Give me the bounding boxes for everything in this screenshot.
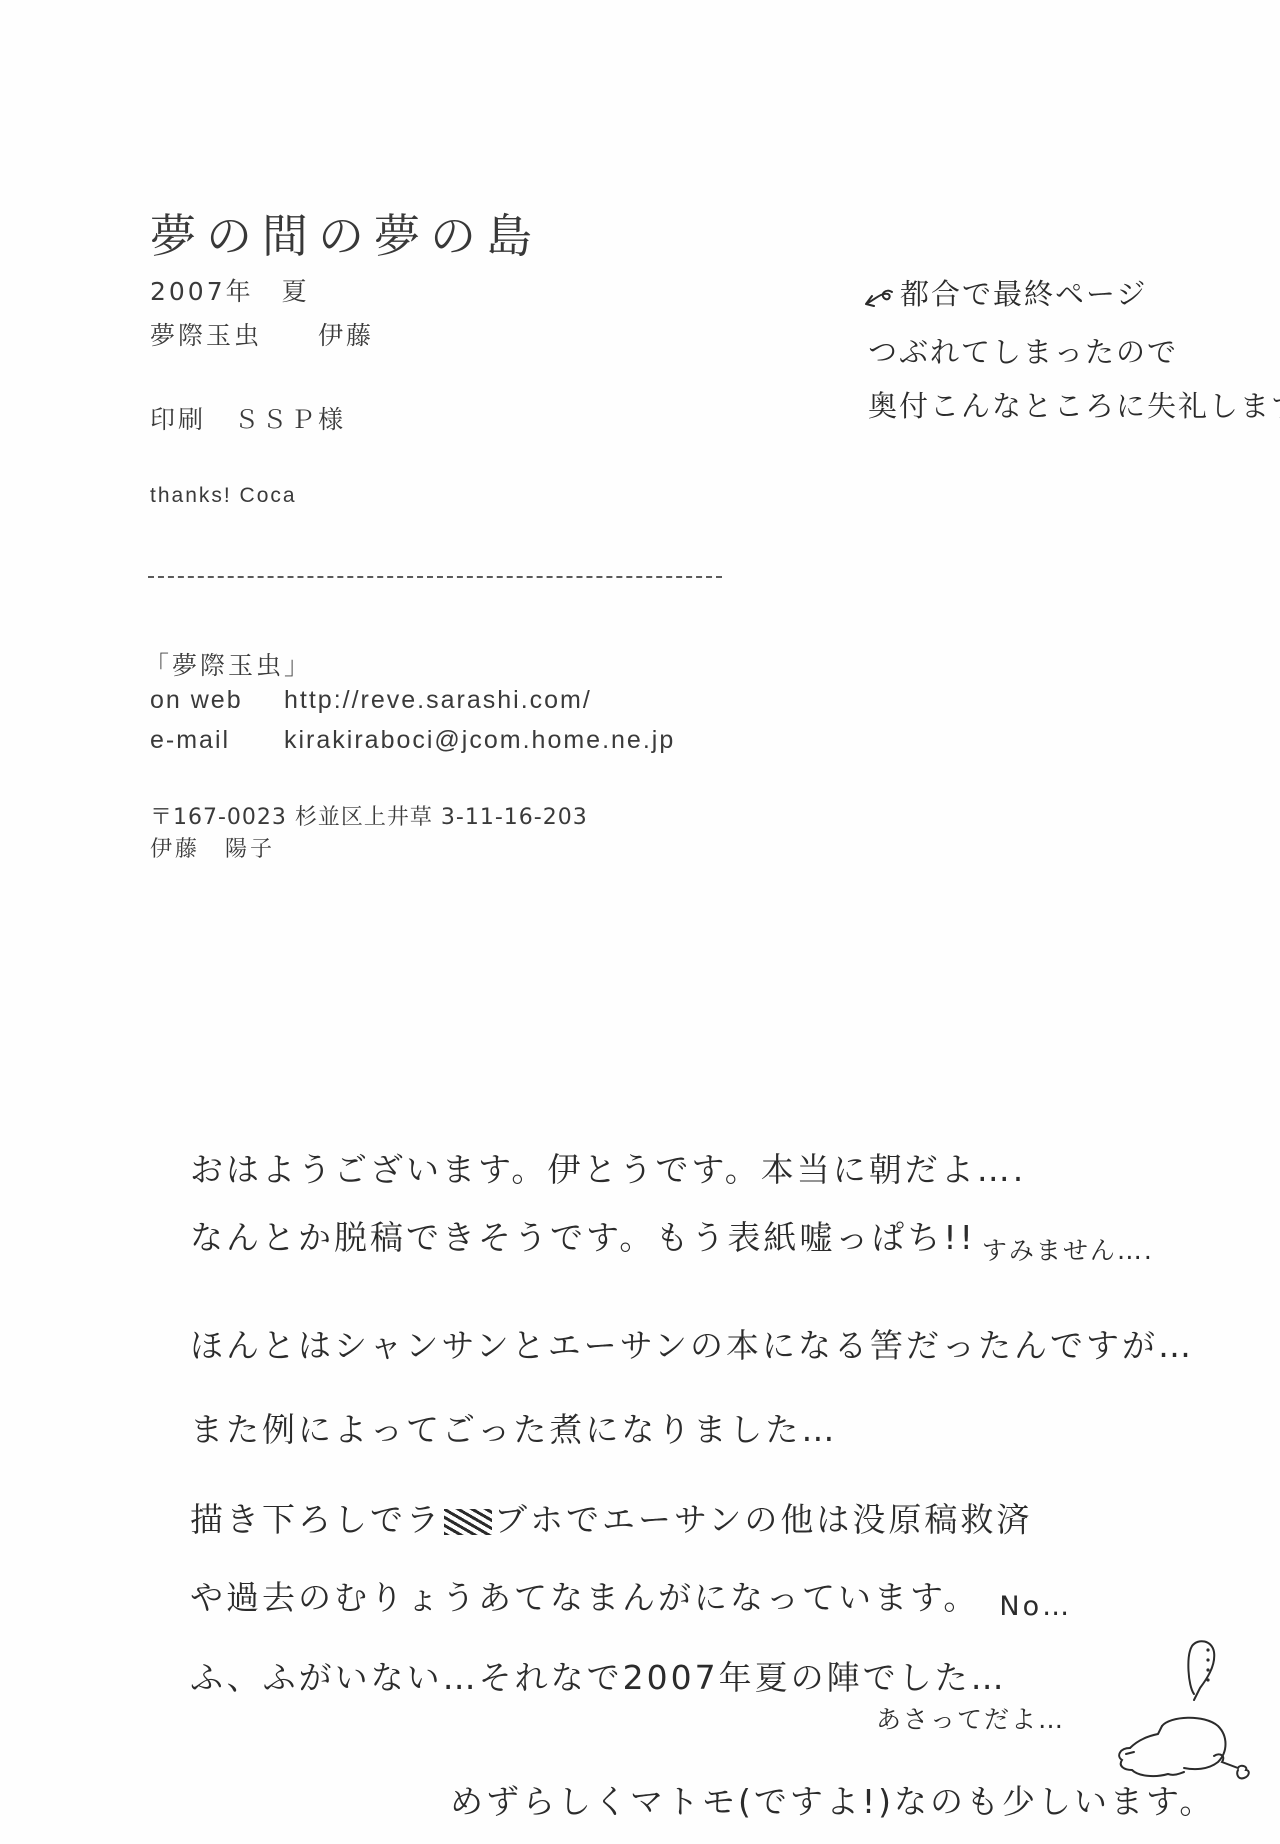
message-line-2-apology: すみません…. bbox=[982, 1236, 1154, 1265]
email-row: e-mailkirakiraboci@jcom.home.ne.jp bbox=[150, 726, 675, 755]
message-line-4: また例によってごった煮になりました… bbox=[190, 1404, 837, 1451]
postal-address: 〒167-0023 杉並区上井草 3-11-16-203 bbox=[150, 800, 588, 831]
crossed-out-scribble bbox=[444, 1509, 492, 1535]
message-line-2: なんとか脱稿できそうです。もう表紙嘘っぱち!!すみません…. bbox=[190, 1212, 1154, 1259]
web-url-link[interactable]: http://reve.sarashi.com/ bbox=[284, 686, 592, 714]
message-line-7: ふ、ふがいない…それなで2007年夏の陣でした… bbox=[190, 1652, 1007, 1699]
ellipsis-speech-bubble-icon bbox=[1188, 1641, 1214, 1700]
message-line-6-aside: No… bbox=[999, 1591, 1072, 1622]
web-row: on webhttp://reve.sarashi.com/ bbox=[150, 686, 592, 715]
book-title: 夢の間の夢の島 bbox=[150, 200, 542, 266]
message-line-8: あさってだよ… bbox=[876, 1700, 1065, 1736]
web-label: on web bbox=[150, 686, 284, 715]
colophon-page: 夢の間の夢の島 2007年 夏 夢際玉虫 伊藤 印刷 ＳＳＰ様 thanks! … bbox=[0, 0, 1280, 1844]
message-line-2-main: なんとか脱稿できそうです。もう表紙嘘っぱち!! bbox=[190, 1218, 976, 1257]
thanks-line: thanks! Coca bbox=[150, 484, 297, 508]
email-link[interactable]: kirakiraboci@jcom.home.ne.jp bbox=[284, 726, 675, 754]
dashed-divider bbox=[148, 576, 722, 578]
message-line-9: めずらしくマトモ(ですよ!)なのも少しいます。 bbox=[450, 1776, 1215, 1823]
message-line-6: や過去のむりょうあてなまんがになっています。No… bbox=[190, 1572, 1072, 1619]
curly-arrow-icon bbox=[862, 284, 898, 310]
message-line-3: ほんとはシャンサンとエーサンの本になる筈だったんですが… bbox=[190, 1320, 1194, 1367]
contact-person: 伊藤 陽子 bbox=[150, 832, 275, 863]
side-note-line-3: 奥付こんなところに失礼します。 bbox=[868, 384, 1280, 425]
message-line-5-after: ブホでエーサンの他は没原稿救済 bbox=[494, 1500, 1032, 1539]
message-line-1: おはようございます。伊とうです。本当に朝だよ…. bbox=[190, 1144, 1026, 1191]
email-label: e-mail bbox=[150, 726, 284, 755]
message-line-5-before: 描き下ろしでラ bbox=[190, 1500, 442, 1539]
sleeping-creature-icon bbox=[1108, 1636, 1280, 1796]
side-note-line-2: つぶれてしまったので bbox=[868, 330, 1178, 371]
circle-name: 「夢際玉虫」 bbox=[144, 646, 312, 682]
message-line-5: 描き下ろしでラブホでエーサンの他は没原稿救済 bbox=[190, 1494, 1032, 1541]
author-credit: 夢際玉虫 伊藤 bbox=[150, 316, 374, 352]
publication-date: 2007年 夏 bbox=[150, 272, 310, 308]
side-note-line-1: 都合で最終ページ bbox=[900, 272, 1147, 313]
message-line-6-main: や過去のむりょうあてなまんがになっています。 bbox=[190, 1578, 979, 1617]
printer-credit: 印刷 ＳＳＰ様 bbox=[150, 400, 346, 436]
